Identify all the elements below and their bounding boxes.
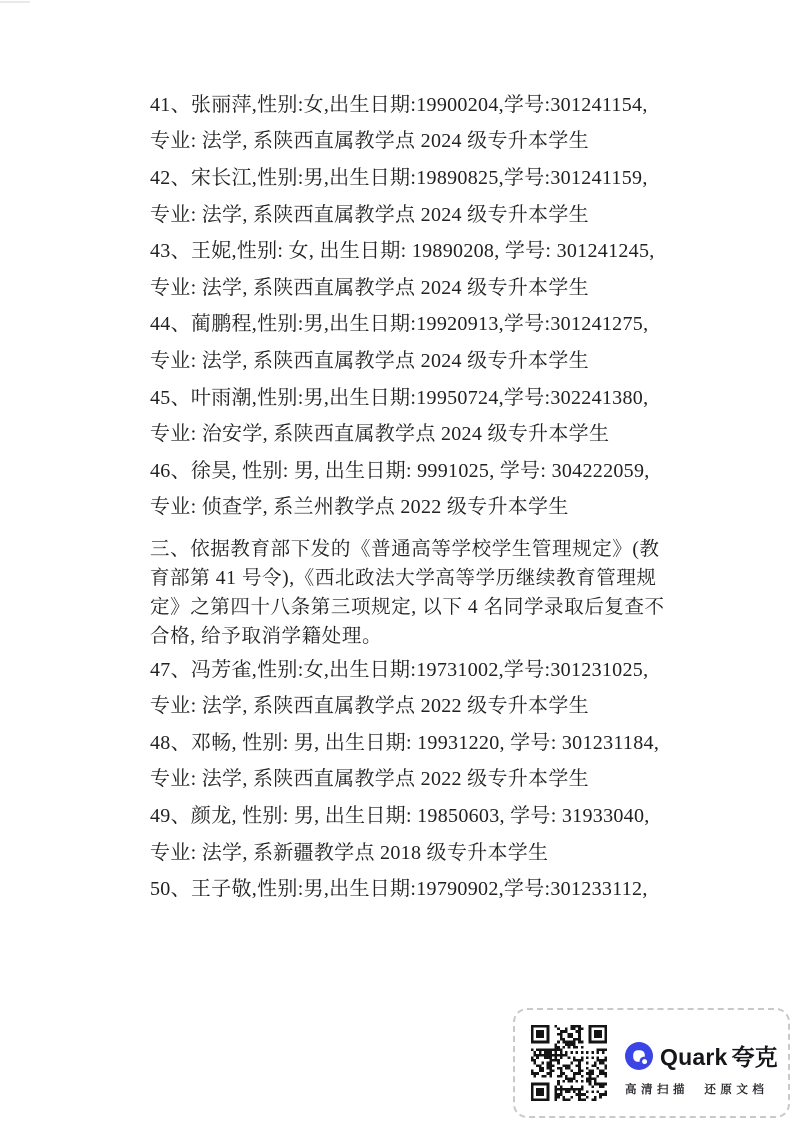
student-entry-line: 专业: 侦查学, 系兰州教学点 2022 级专升本学生 (150, 487, 665, 524)
student-entry-line: 41、张丽萍,性别:女,出生日期:19900204,学号:301241154, (150, 84, 665, 121)
student-entry-line: 45、叶雨潮,性别:男,出生日期:19950724,学号:302241380, (150, 377, 665, 414)
scan-edge-artifact (0, 1, 30, 3)
student-entry-line: 42、宋长江,性别:男,出生日期:19890825,学号:301241159, (150, 157, 665, 194)
paragraph-line: 合格, 给予取消学籍处理。 (150, 620, 665, 649)
student-entry-line: 专业: 法学, 系陕西直属教学点 2022 级专升本学生 (150, 759, 665, 796)
quark-logo-icon (625, 1042, 653, 1070)
section-paragraph: 三、依据教育部下发的《普通高等学校学生管理规定》(教 育部第 41 号令),《西… (150, 532, 665, 649)
student-entry-line: 46、徐昊, 性别: 男, 出生日期: 9991025, 学号: 3042220… (150, 450, 665, 487)
student-entry-line: 专业: 法学, 系陕西直属教学点 2024 级专升本学生 (150, 340, 665, 377)
brand-name-en: Quark (660, 1044, 727, 1070)
student-entry-line: 48、邓畅, 性别: 男, 出生日期: 19931220, 学号: 301231… (150, 722, 665, 759)
student-entry-line: 43、王妮,性别: 女, 出生日期: 19890208, 学号: 3012412… (150, 230, 665, 267)
qr-code-icon (531, 1025, 607, 1101)
student-entry-line: 专业: 治安学, 系陕西直属教学点 2024 级专升本学生 (150, 413, 665, 450)
paragraph-line: 三、依据教育部下发的《普通高等学校学生管理规定》(教 (150, 532, 665, 561)
student-entry-line: 50、王子敬,性别:男,出生日期:19790902,学号:301233112, (150, 868, 665, 905)
watermark-text-block: Quark夸克 高清扫描 还原文档 (625, 1039, 785, 1097)
scanned-document-page: 41、张丽萍,性别:女,出生日期:19900204,学号:301241154, … (0, 0, 793, 1122)
brand-name: Quark夸克 (660, 1039, 778, 1072)
student-entry-line: 47、冯芳雀,性别:女,出生日期:19731002,学号:301231025, (150, 649, 665, 686)
student-entry-line: 44、蔺鹏程,性别:男,出生日期:19920913,学号:301241275, (150, 304, 665, 341)
paragraph-line: 育部第 41 号令),《西北政法大学高等学历继续教育管理规 (150, 561, 665, 590)
document-text: 41、张丽萍,性别:女,出生日期:19900204,学号:301241154, … (150, 84, 665, 905)
brand-name-cn: 夸克 (731, 1044, 777, 1070)
student-entry-line: 专业: 法学, 系陕西直属教学点 2024 级专升本学生 (150, 194, 665, 231)
watermark-tagline: 高清扫描 还原文档 (625, 1081, 785, 1097)
student-entry-line: 专业: 法学, 系陕西直属教学点 2024 级专升本学生 (150, 267, 665, 304)
scan-watermark-badge: Quark夸克 高清扫描 还原文档 (513, 1008, 790, 1118)
student-entry-line: 专业: 法学, 系陕西直属教学点 2024 级专升本学生 (150, 121, 665, 158)
student-entry-line: 专业: 法学, 系陕西直属教学点 2022 级专升本学生 (150, 685, 665, 722)
student-entry-line: 专业: 法学, 系新疆教学点 2018 级专升本学生 (150, 832, 665, 869)
student-entry-line: 49、颜龙, 性别: 男, 出生日期: 19850603, 学号: 319330… (150, 795, 665, 832)
paragraph-line: 定》之第四十八条第三项规定, 以下 4 名同学录取后复查不 (150, 591, 665, 620)
